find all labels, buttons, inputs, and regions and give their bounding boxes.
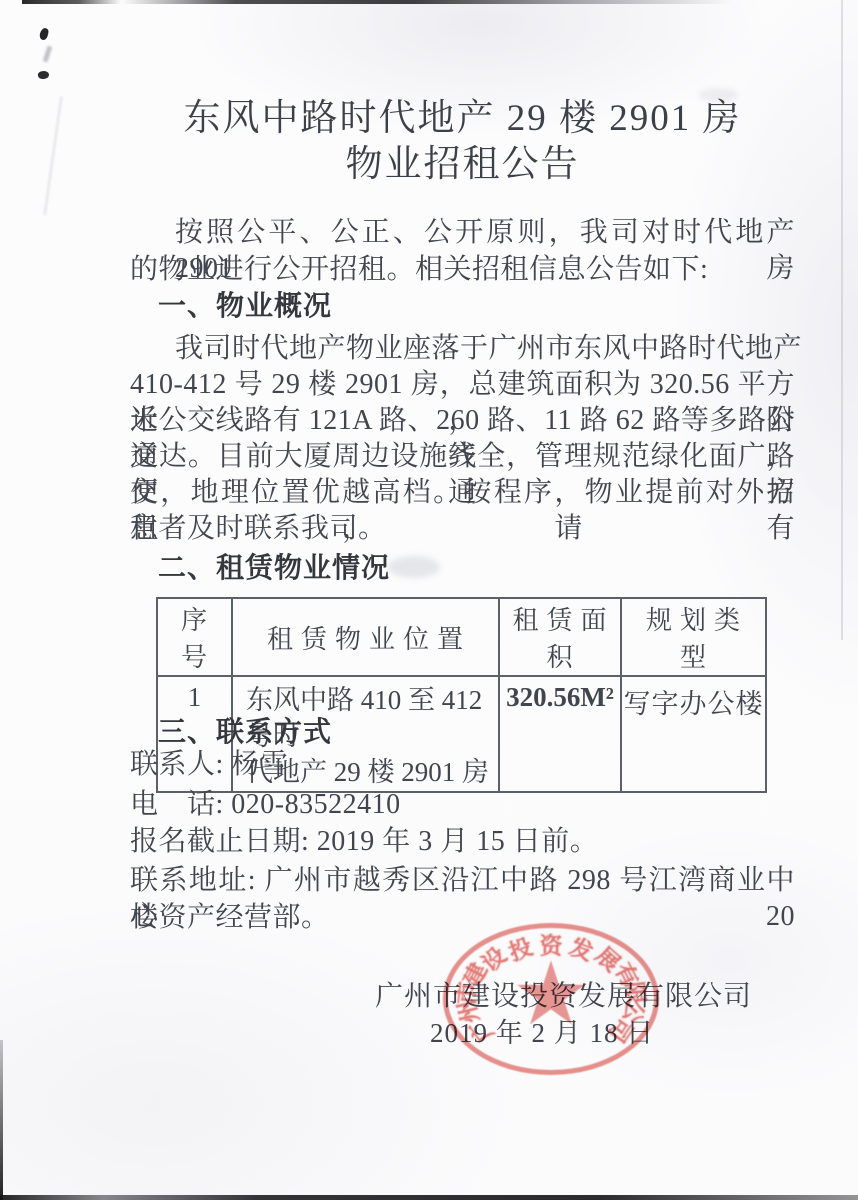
scan-smudge-artifact bbox=[43, 46, 53, 63]
staple-mark-artifact bbox=[37, 70, 49, 80]
contact-address-line: 楼资产经营部。 bbox=[130, 900, 330, 936]
table-header-row: 序号 租赁物业位置 租赁面积 规划类型 bbox=[157, 598, 766, 676]
section1-line: 意者及时联系我司。 bbox=[130, 511, 387, 547]
cell-area: 320.56M² bbox=[499, 676, 621, 792]
document-title-line1: 东风中路时代地产 29 楼 2901 房 bbox=[130, 96, 795, 142]
document-title-line2: 物业招租公告 bbox=[130, 142, 795, 188]
section2-heading: 二、租赁物业情况 bbox=[158, 550, 390, 586]
contact-phone-line: 电 话: 020-83522410 bbox=[130, 787, 401, 823]
section1-line: 我司时代地产物业座落于广州市东风中路时代地产 bbox=[175, 331, 802, 367]
deadline-line: 报名截止日期: 2019 年 3 月 15 日前。 bbox=[130, 824, 598, 860]
paper-crease-artifact bbox=[44, 96, 63, 215]
cell-type: 写字办公楼 bbox=[621, 676, 766, 792]
company-seal-stamp: 广州市建设投资发展有限公司 ★ bbox=[443, 923, 659, 1075]
scanned-document-page: 东风中路时代地产 29 楼 2901 房 物业招租公告 按照公平、公正、公开原则… bbox=[0, 0, 858, 1200]
header-cell-index: 序号 bbox=[157, 598, 232, 676]
document-content: 东风中路时代地产 29 楼 2901 房 物业招租公告 按照公平、公正、公开原则… bbox=[130, 0, 795, 1200]
scan-smudge-artifact bbox=[388, 556, 440, 578]
staple-mark-artifact bbox=[39, 27, 50, 41]
header-cell-area: 租赁面积 bbox=[499, 598, 621, 676]
scan-edge-artifact bbox=[0, 1195, 858, 1200]
scan-edge-artifact bbox=[22, 0, 732, 4]
contact-person-line: 联系人: 杨雪 bbox=[130, 747, 288, 783]
scan-edge-artifact bbox=[841, 0, 843, 640]
section3-heading: 三、联系方式 bbox=[158, 714, 332, 750]
header-cell-type: 规划类型 bbox=[621, 598, 766, 676]
seal-star-icon: ★ bbox=[443, 917, 659, 1069]
scan-smudge-artifact bbox=[698, 88, 738, 102]
scan-edge-artifact bbox=[0, 1040, 3, 1200]
intro-line: 的物业进行公开招租。相关招租信息公告如下: bbox=[130, 252, 708, 288]
section1-heading: 一、物业概况 bbox=[158, 288, 332, 324]
header-cell-location: 租赁物业位置 bbox=[232, 598, 499, 676]
